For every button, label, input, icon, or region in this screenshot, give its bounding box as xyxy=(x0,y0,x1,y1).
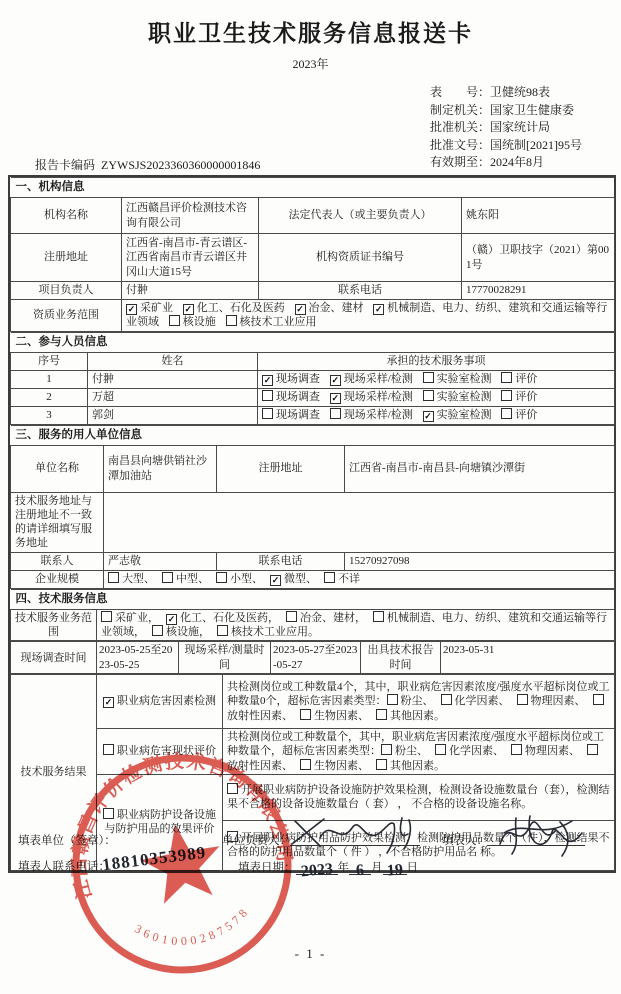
section1-table: 一、机构信息 机构名称 江西赣昌评价检测技术咨询有限公司 法定代表人（或主要负责… xyxy=(10,177,615,332)
result-row-evaluate-label: 职业病危害现状评价 xyxy=(97,728,223,774)
legal-rep-value: 姚东阳 xyxy=(462,198,615,234)
section3-table: 三、服务的用人单位信息 单位名称 南昌县向塘供销社沙潭加油站 注册地址 江西省-… xyxy=(10,425,615,589)
checkbox-icon xyxy=(330,408,341,419)
cert-no-label: 机构资质证书编号 xyxy=(259,234,462,282)
meta-row-approver: 批准机关：国家统计局 xyxy=(430,119,582,137)
col-header-name: 姓名 xyxy=(88,352,258,370)
checkbox-icon xyxy=(511,744,522,755)
checkbox-icon xyxy=(101,611,112,622)
contact-phone-value: 15270927098 xyxy=(345,552,615,570)
checkbox-icon xyxy=(376,709,387,720)
personnel-row: 1 付翀 ✓现场调查 ✓现场采样/检测 实验室检测 评价 xyxy=(11,370,615,388)
meta-row-approval-no: 批准文号：国统制[2021]95号 xyxy=(430,137,582,155)
date-year-handwritten: 2023 xyxy=(300,861,333,882)
result-row-detect-label: ✓职业病危害因素检测 xyxy=(97,674,223,728)
checkbox-icon xyxy=(373,611,384,622)
year-label: 2023年 xyxy=(0,55,621,72)
checkbox-icon xyxy=(435,744,446,755)
meta-row-table-no: 表 号：卫健统98表 xyxy=(430,84,582,102)
page-title: 职业卫生技术服务信息报送卡 xyxy=(0,0,621,48)
sampling-time-label: 现场采样/测量时间 xyxy=(179,642,271,674)
checkbox-icon xyxy=(227,783,238,794)
employer-name-label: 单位名称 xyxy=(11,445,104,492)
checkbox-icon xyxy=(441,694,452,705)
checkbox-icon xyxy=(501,390,512,401)
checkbox-icon xyxy=(300,759,311,770)
checkbox-icon xyxy=(103,744,114,755)
checkbox-icon: ✓ xyxy=(423,411,434,422)
service-scope-label: 技术服务业务范围 xyxy=(11,609,97,641)
meta-row-maker: 制定机关：国家卫生健康委 xyxy=(430,102,582,120)
person-services: 现场调查 ✓现场采样/检测 实验室检测 评价 xyxy=(258,388,615,406)
legal-rep-label: 法定代表人（或主要负责人） xyxy=(259,198,462,234)
section4-title: 四、技术服务信息 xyxy=(11,589,615,609)
qual-scope-options: ✓采矿业 ✓化工、石化及医药 ✓冶金、建材 ✓机械制造、电力、纺织、建筑和交通运… xyxy=(122,300,615,332)
checkbox-icon: ✓ xyxy=(330,375,341,386)
employer-reg-address-label: 注册地址 xyxy=(217,445,345,492)
signature-unit-leader xyxy=(288,812,438,857)
enterprise-scale-options: 大型、中型、小型、✓微型、不详 xyxy=(104,570,615,588)
cert-no-value: （赣）卫职技字（2021）第001号 xyxy=(462,234,615,282)
fill-person-label: 填表人： xyxy=(442,832,488,848)
checkbox-icon xyxy=(501,408,512,419)
section4-scope-table: 四、技术服务信息 技术服务业务范围 采矿业，✓化工、石化及医药，冶金、建材，机械… xyxy=(10,589,615,642)
person-name: 付翀 xyxy=(88,370,258,388)
checkbox-icon xyxy=(324,572,335,583)
checkbox-icon xyxy=(501,372,512,383)
checkbox-icon xyxy=(162,572,173,583)
checkbox-icon xyxy=(262,390,273,401)
result-row-detect-content: 共检测岗位或工种数量4个，其中，职业病危害因素浓度/强度水平超标岗位或工种数量0… xyxy=(223,674,615,728)
section1-title: 一、机构信息 xyxy=(11,178,615,198)
signature-fill-person xyxy=(492,808,587,866)
org-name-label: 机构名称 xyxy=(11,198,122,234)
person-services: 现场调查 现场采样/检测 ✓实验室检测 评价 xyxy=(258,406,615,424)
meta-row-valid-until: 有效期至：2024年8月 xyxy=(430,154,582,172)
employer-reg-address-value: 江西省-南昌市-南昌县-向塘镇沙潭街 xyxy=(345,445,615,492)
reg-address-value: 江西省-南昌市-青云谱区-江西省南昌市青云谱区井冈山大道15号 xyxy=(122,234,259,282)
checkbox-icon: ✓ xyxy=(166,614,177,625)
project-leader-value: 付翀 xyxy=(122,282,259,300)
personnel-row: 2 万超 现场调查 ✓现场采样/检测 实验室检测 评价 xyxy=(11,388,615,406)
section2-title: 二、参与人员信息 xyxy=(11,332,615,352)
checkbox-icon xyxy=(226,315,237,326)
project-leader-label: 项目负责人 xyxy=(11,282,122,300)
form-meta-block: 表 号：卫健统98表 制定机关：国家卫生健康委 批准机关：国家统计局 批准文号：… xyxy=(430,84,582,172)
qual-scope-label: 资质业务范围 xyxy=(11,300,122,332)
checkbox-icon xyxy=(376,759,387,770)
col-header-services: 承担的技术服务事项 xyxy=(258,352,615,370)
fill-date-label: 填表日期： xyxy=(238,862,296,874)
checkbox-icon xyxy=(381,744,392,755)
checkbox-icon: ✓ xyxy=(126,304,137,315)
checkbox-icon xyxy=(152,625,163,636)
result-row-evaluate-content: 共检测岗位或工种数量个，其中，职业病危害因素浓度/强度水平超标岗位或工种数量个，… xyxy=(223,728,615,774)
employer-name-value: 南昌县向塘供销社沙潭加油站 xyxy=(104,445,217,492)
service-scope-options: 采矿业，✓化工、石化及医药，冶金、建材，机械制造、电力、纺织、建筑和交通运输等行… xyxy=(97,609,615,641)
report-form-table: 一、机构信息 机构名称 江西赣昌评价检测技术咨询有限公司 法定代表人（或主要负责… xyxy=(8,175,616,873)
contact-phone-label: 联系电话 xyxy=(217,552,345,570)
col-header-no: 序号 xyxy=(11,352,88,370)
enterprise-scale-label: 企业规模 xyxy=(11,570,104,588)
fill-date-line: 填表日期：2023年6月19日 xyxy=(238,859,418,875)
date-day-handwritten: 19 xyxy=(386,861,404,880)
survey-time-value: 2023-05-25至2023-05-25 xyxy=(97,642,179,674)
contact-value: 严志敬 xyxy=(104,552,217,570)
checkbox-icon xyxy=(103,808,114,819)
checkbox-icon xyxy=(423,390,434,401)
person-name: 万超 xyxy=(88,388,258,406)
org-phone-value: 17770028291 xyxy=(462,282,615,300)
section3-title: 三、服务的用人单位信息 xyxy=(11,425,615,445)
date-month-handwritten: 6 xyxy=(355,862,365,881)
report-time-label: 出具技术报告时间 xyxy=(361,642,441,674)
fill-unit-label: 填表单位（签章）： xyxy=(18,832,116,848)
checkbox-icon xyxy=(169,315,180,326)
checkbox-icon xyxy=(108,572,119,583)
checkbox-icon: ✓ xyxy=(262,375,273,386)
report-card-page: 职业卫生技术服务信息报送卡 2023年 表 号：卫健统98表 制定机关：国家卫生… xyxy=(0,0,621,994)
checkbox-icon: ✓ xyxy=(183,304,194,315)
org-name-value: 江西赣昌评价检测技术咨询有限公司 xyxy=(122,198,259,234)
section2-table: 二、参与人员信息 序号 姓名 承担的技术服务事项 1 付翀 ✓现场调查 ✓现场采… xyxy=(10,332,615,425)
page-number: - 1 - xyxy=(0,946,621,962)
org-phone-label: 联系电话 xyxy=(259,282,462,300)
checkbox-icon: ✓ xyxy=(295,304,306,315)
checkbox-icon: ✓ xyxy=(373,304,384,315)
checkbox-icon: ✓ xyxy=(270,575,281,586)
person-name: 郭剑 xyxy=(88,406,258,424)
checkbox-icon xyxy=(387,694,398,705)
checkbox-icon xyxy=(587,744,598,755)
checkbox-icon xyxy=(517,694,528,705)
report-code: 报告卡编码 ZYWSJS2023360360000001846 xyxy=(35,156,260,173)
checkbox-icon xyxy=(216,572,227,583)
section4-time-table: 现场调查时间 2023-05-25至2023-05-25 现场采样/测量时间 2… xyxy=(10,641,615,674)
checkbox-icon xyxy=(262,408,273,419)
checkbox-icon xyxy=(300,709,311,720)
checkbox-icon: ✓ xyxy=(330,393,341,404)
report-time-value: 2023-05-31 xyxy=(441,642,615,674)
checkbox-icon xyxy=(423,372,434,383)
personnel-row: 3 郭剑 现场调查 现场采样/检测 ✓实验室检测 评价 xyxy=(11,406,615,424)
service-address-value xyxy=(104,492,615,552)
checkbox-icon xyxy=(217,625,228,636)
checkbox-icon: ✓ xyxy=(103,697,114,708)
unit-leader-label: 单位负责人： xyxy=(222,832,291,848)
fill-phone-label: 填表人联系电话： xyxy=(18,858,110,874)
sampling-time-value: 2023-05-27至2023-05-27 xyxy=(271,642,361,674)
checkbox-icon xyxy=(593,694,604,705)
service-address-label: 技术服务地址与注册地址不一致的请详细填写服务地址 xyxy=(11,492,104,552)
survey-time-label: 现场调查时间 xyxy=(11,642,97,674)
contact-label: 联系人 xyxy=(11,552,104,570)
person-services: ✓现场调查 ✓现场采样/检测 实验室检测 评价 xyxy=(258,370,615,388)
checkbox-icon xyxy=(286,611,297,622)
reg-address-label: 注册地址 xyxy=(11,234,122,282)
